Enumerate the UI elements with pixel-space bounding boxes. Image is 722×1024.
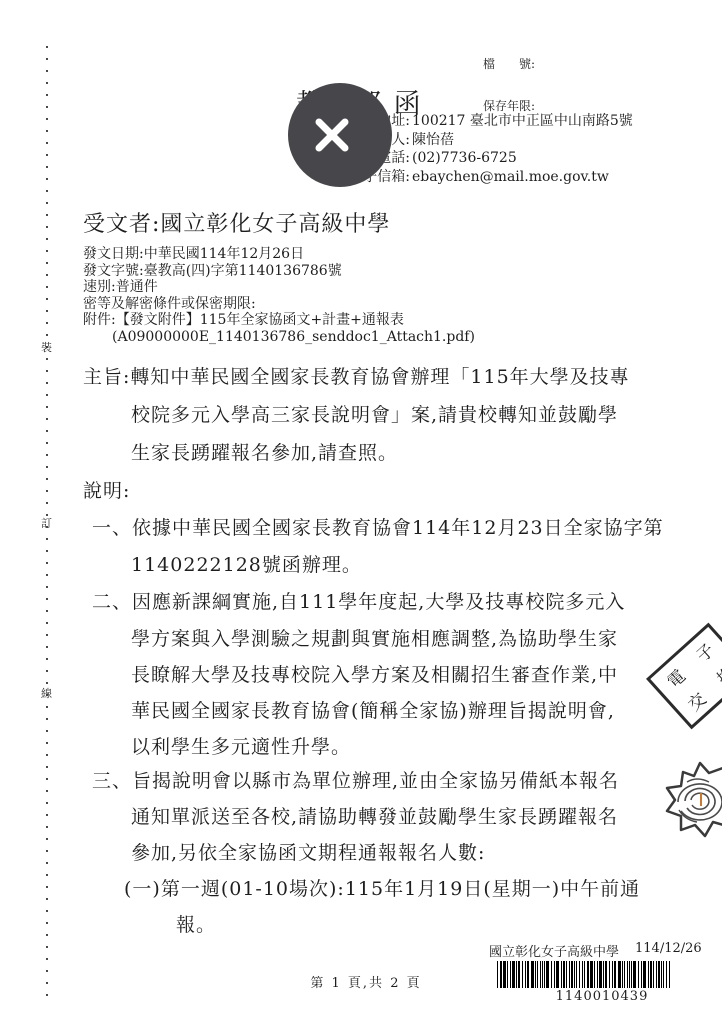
meta-speed: 速別:普通件 [83, 279, 475, 296]
body-line: 華民國全國家長教育協會(簡稱全家協)辦理旨揭說明會, [131, 698, 615, 724]
body-line: 1140222128號函辦理。 [131, 552, 362, 578]
footer-school-date: 國立彰化女子高級中學 114/12/26 [489, 941, 702, 960]
page-number: 第 1 頁,共 2 頁 [246, 972, 486, 991]
subject-line: 校院多元入學高三家長說明會」案,請貴校轉知並鼓勵學 [131, 402, 618, 428]
body-line: 學方案與入學測驗之規劃與實施相應調整,為協助學生家 [131, 626, 618, 652]
footer-school-name: 國立彰化女子高級中學 [489, 941, 619, 960]
meta-doc-number: 發文字號:臺教高(四)字第1140136786號 [83, 263, 475, 280]
subject-line: 主旨:轉知中華民國全國家長教育協會辦理「115年大學及技專 [83, 364, 630, 390]
meta-attachment-filename: (A09000000E_1140136786_senddoc1_Attach1.… [83, 329, 475, 346]
body-line: 參加,另依全家協函文期程通報報名人數: [131, 840, 485, 866]
dismiss-overlay-button[interactable] [288, 83, 392, 187]
electronic-exchange-stamp: 電 子 交 換 [646, 623, 722, 730]
explanation-label: 說明: [83, 478, 130, 504]
subject-line: 生家長踴躍報名參加,請查照。 [131, 440, 398, 466]
file-number-label: 檔 號: [483, 57, 535, 71]
barcode-number: 1140010439 [497, 989, 707, 1004]
body-line-item2: 二、因應新課綱實施,自111學年度起,大學及技專校院多元入 [92, 589, 625, 615]
binding-mark-zhuang: 裝 [38, 339, 55, 355]
retention-label: 保存年限: [483, 99, 535, 113]
body-line-item3: 三、旨揭說明會以縣市為單位辦理,並由全家協另備紙本報名 [92, 768, 619, 794]
close-icon [314, 117, 350, 153]
meta-confidentiality: 密等及解密條件或保密期限: [83, 296, 475, 313]
body-line-item1: 一、依據中華民國全國家長教育協會114年12月23日全家協字第 [92, 515, 664, 541]
body-line-subitem: (一)第一週(01-10場次):115年1月19日(星期一)中午前通 [124, 876, 640, 902]
flower-seal-stamp [657, 760, 722, 840]
barcode [497, 961, 707, 988]
meta-attachment: 附件:【發文附件】115年全家協函文+計畫+通報表 [83, 312, 475, 329]
body-line: 報。 [176, 912, 216, 938]
body-line: 長瞭解大學及技專校院入學方案及相關招生審查作業,中 [131, 662, 618, 688]
meta-block: 發文日期:中華民國114年12月26日 發文字號:臺教高(四)字第1140136… [83, 246, 475, 345]
document-page: 檔 號: 保存年限: 教育部 函 地址: 100217 臺北市中正區中山南路5號… [0, 0, 722, 1024]
sender-email: 電子信箱: ebaychen@mail.moe.gov.tw [338, 168, 633, 187]
body-line: 通知單派送至各校,請協助轉發並鼓勵學生家長踴躍報名 [131, 804, 618, 830]
recipient-line: 受文者:國立彰化女子高級中學 [83, 207, 390, 238]
binding-mark-xian: 線 [38, 685, 55, 701]
body-line: 以利學生多元適性升學。 [131, 734, 351, 760]
meta-issue-date: 發文日期:中華民國114年12月26日 [83, 246, 475, 263]
binding-mark-ding: 訂 [38, 515, 55, 531]
footer-date: 114/12/26 [635, 941, 702, 960]
